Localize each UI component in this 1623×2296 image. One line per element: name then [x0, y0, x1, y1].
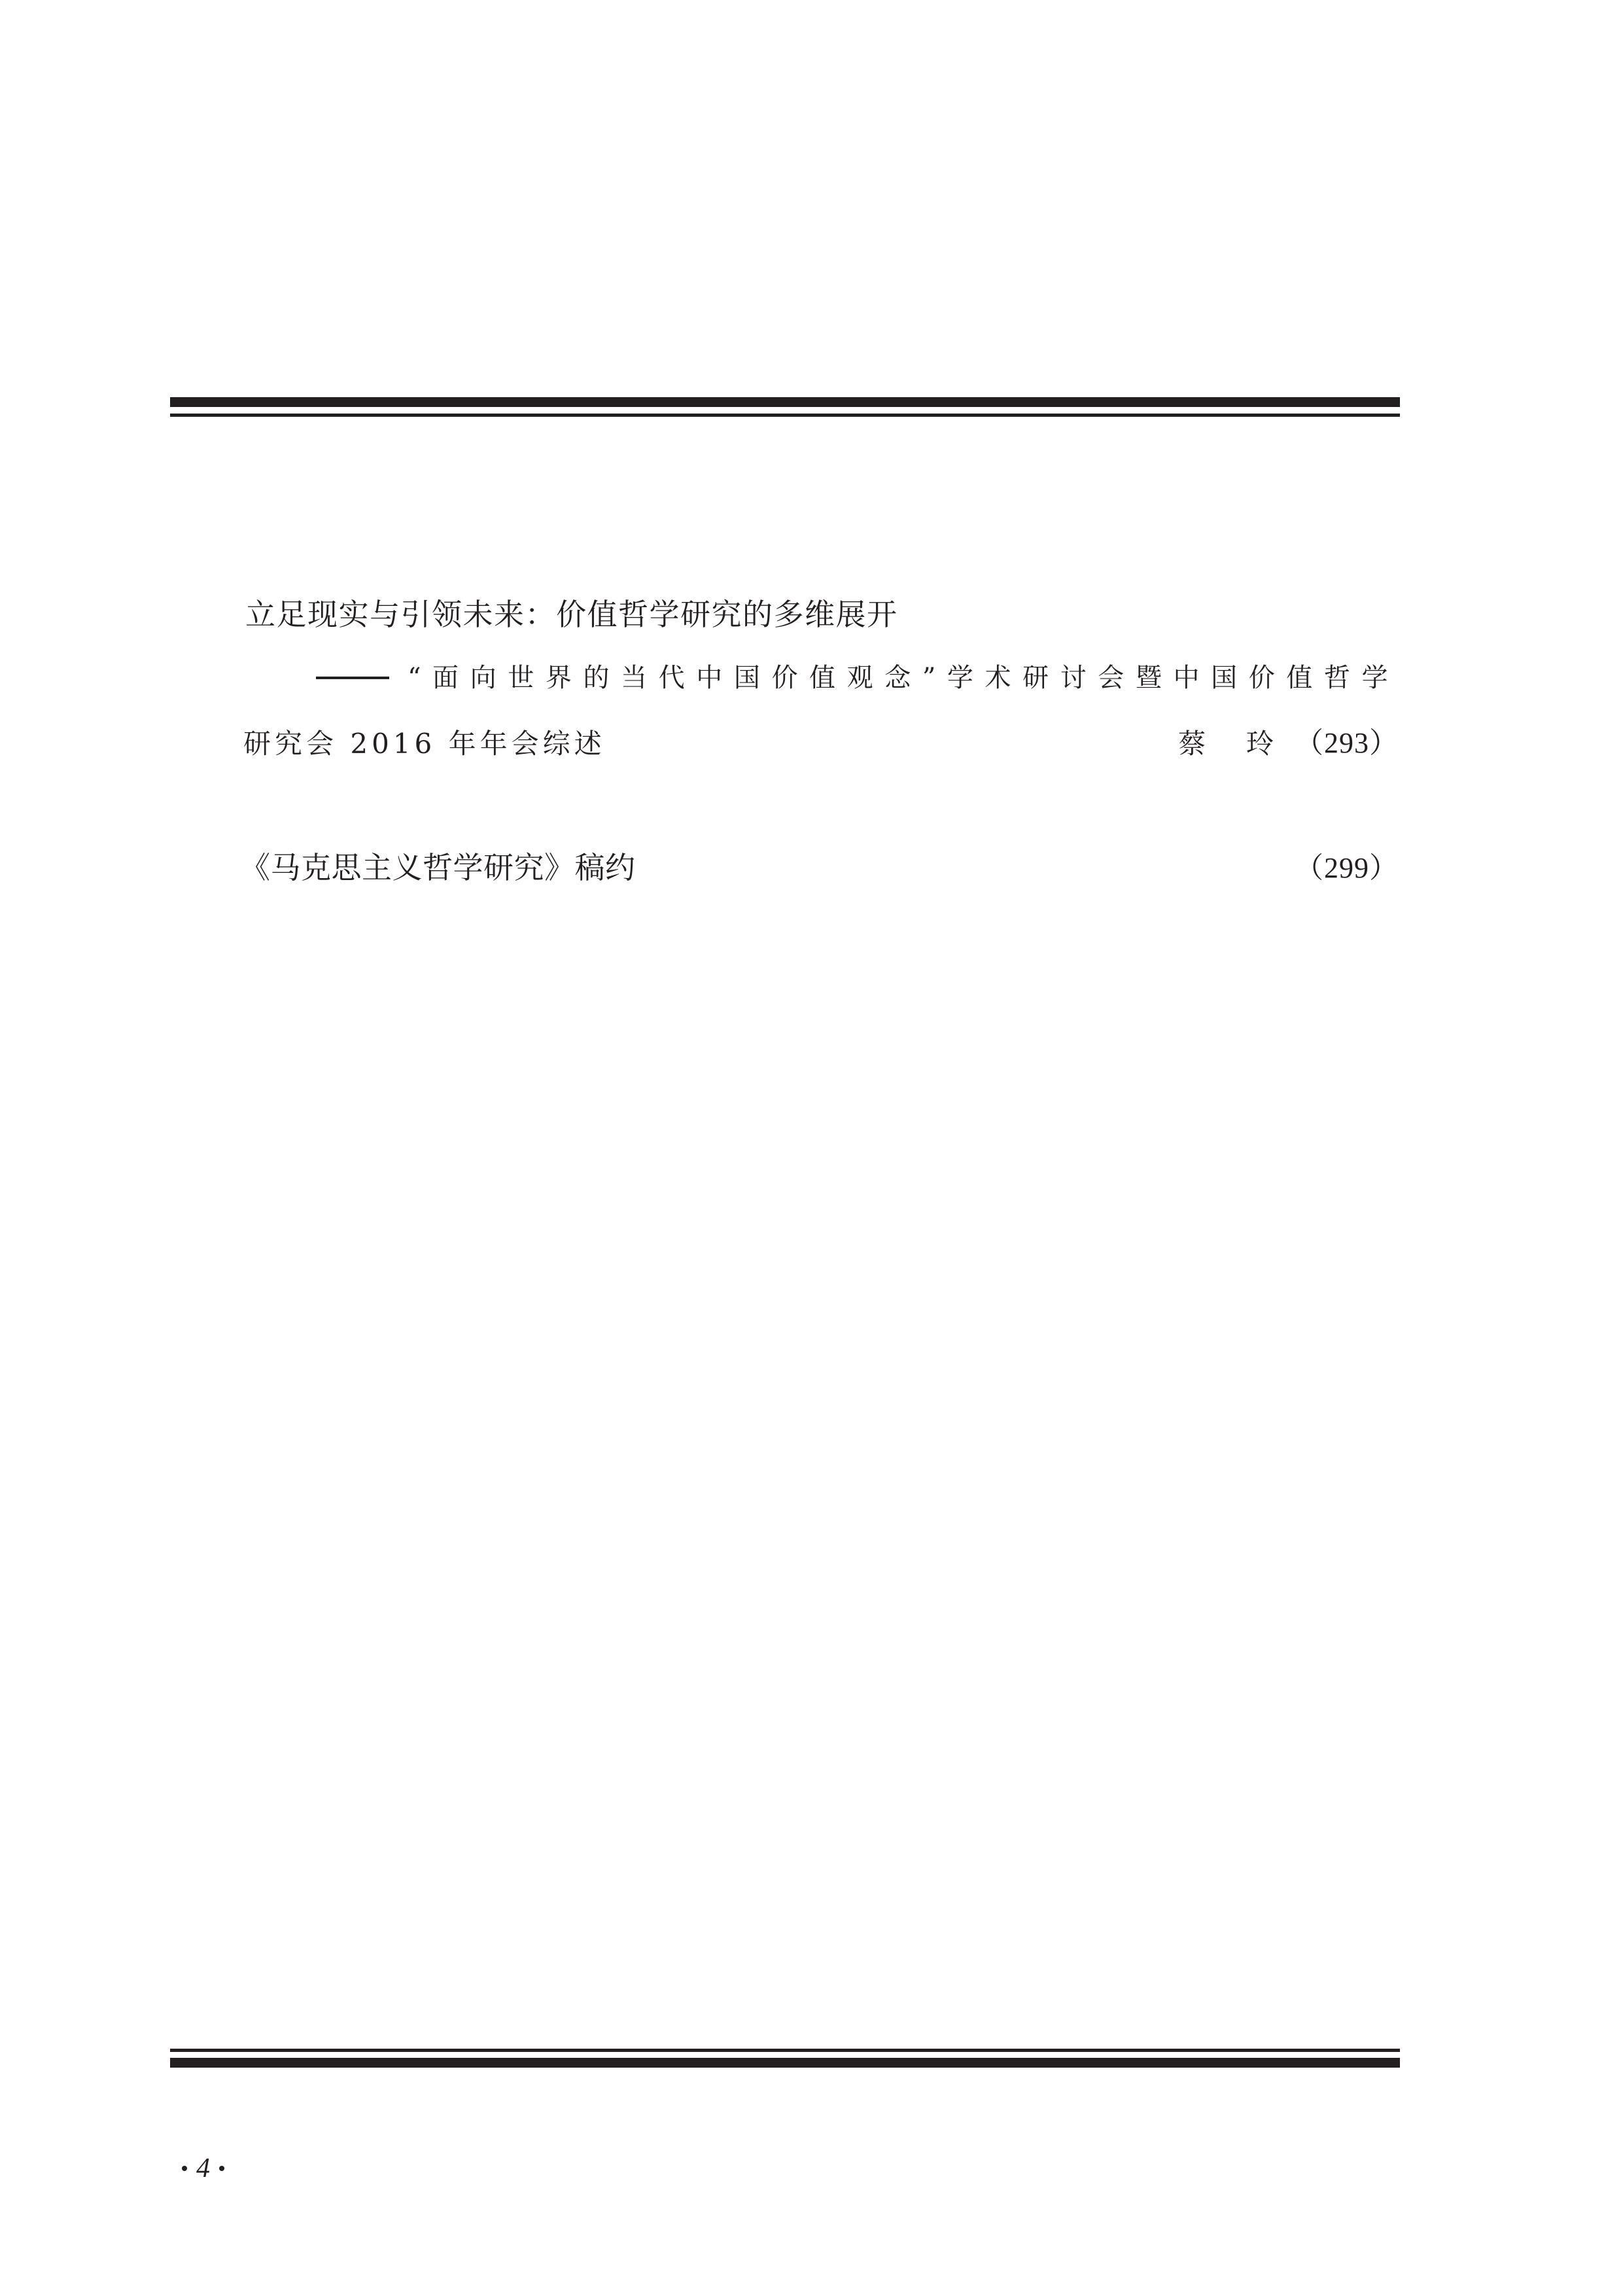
- header-rule-thin: [170, 414, 1400, 417]
- page-number: 4: [182, 2153, 224, 2184]
- middle-dot-icon: [219, 2166, 224, 2171]
- toc-entry-subtitle: “面向世界的当代中国价值观念”学术研讨会暨中国价值哲学: [316, 665, 1399, 691]
- page-reference: （299）: [1295, 854, 1399, 883]
- footer-rule-thick: [170, 2058, 1400, 2068]
- em-dash: [316, 677, 389, 679]
- toc-entry-title: 《马克思主义哲学研究》稿约: [240, 853, 636, 883]
- toc-entry-title: 立足现实与引领未来：价值哲学研究的多维展开: [245, 599, 898, 629]
- middle-dot-icon: [182, 2166, 187, 2171]
- author-name: 蔡玲: [1178, 730, 1314, 758]
- footer-rule-thin: [170, 2049, 1400, 2052]
- toc-entry-subtitle-text: “面向世界的当代中国价值观念”学术研讨会暨中国价值哲学: [408, 665, 1399, 691]
- toc-entry-subtitle-continued: 研究会 2016 年年会综述: [243, 730, 606, 758]
- header-rule-thick: [170, 397, 1400, 407]
- toc-entry-meta: 蔡玲 （293）: [1178, 729, 1399, 758]
- page-reference: （293）: [1295, 729, 1399, 758]
- toc-entry-row: 《马克思主义哲学研究》稿约 （299）: [240, 853, 1399, 883]
- page-number-value: 4: [196, 2153, 210, 2184]
- toc-entry-row: 研究会 2016 年年会综述 蔡玲 （293）: [243, 729, 1399, 758]
